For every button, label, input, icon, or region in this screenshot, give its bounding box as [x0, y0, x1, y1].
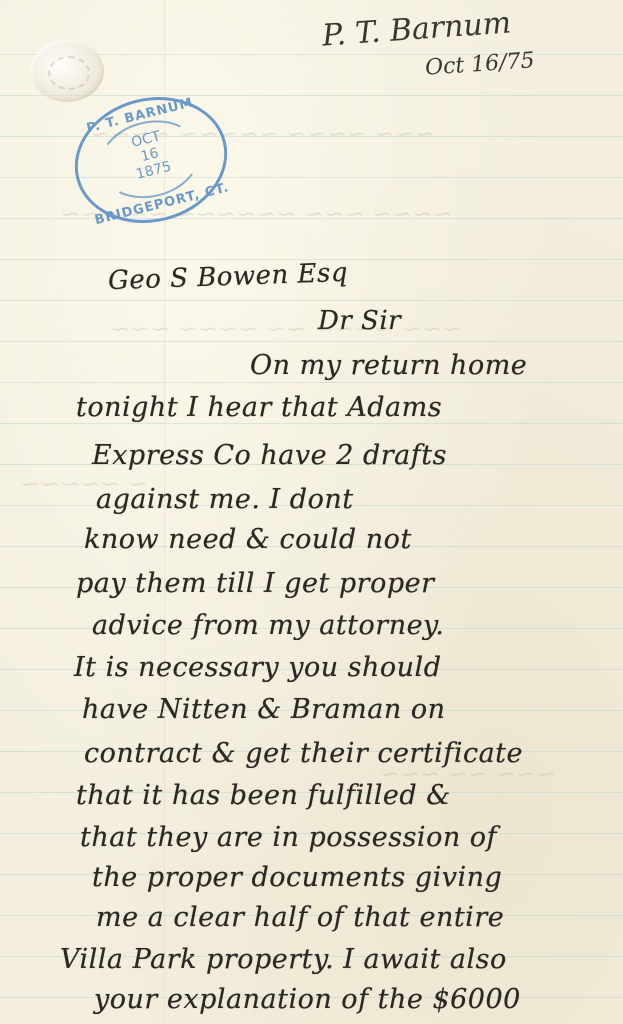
body-line: against me. I dont [96, 484, 354, 515]
letterhead-date: Oct 16/75 [424, 48, 535, 81]
body-line: tonight I hear that Adams [76, 392, 442, 423]
letterhead-name: P. T. Barnum [321, 5, 512, 53]
body-line: know need & could not [84, 524, 412, 555]
bleed-through-text: ~~~ ~~~~ ~~ ~~~~ ~~~ [110, 315, 462, 343]
body-line: that they are in possession of [80, 822, 497, 853]
postmark-stamp: P. T. BARNUM OCT 16 1875 BRIDGEPORT, CT. [61, 81, 240, 239]
body-line: advice from my attorney. [92, 610, 444, 641]
body-line: your explanation of the $6000 [94, 984, 521, 1015]
body-line: that it has been fulfilled & [76, 780, 451, 811]
body-line: me a clear half of that entire [96, 902, 504, 933]
addressee-line: Geo S Bowen Esq [108, 258, 349, 296]
letter-page: ~~~ ~~~~ ~~~~~ ~~~~ ~~~~ ~~~ ~~~~~~ ~~ ~… [0, 0, 623, 1024]
body-line: On my return home [250, 350, 527, 381]
body-line: Villa Park property. I await also [60, 944, 507, 975]
body-line: have Nitten & Braman on [82, 694, 446, 725]
embossed-seal-icon [30, 40, 104, 102]
greeting-line: Dr Sir [318, 306, 401, 336]
body-line: contract & get their certificate [84, 738, 523, 769]
body-line: the proper documents giving [92, 862, 502, 893]
body-line: pay them till I get proper [76, 568, 435, 599]
body-line: It is necessary you should [74, 652, 441, 683]
body-line: Express Co have 2 drafts [92, 440, 447, 471]
